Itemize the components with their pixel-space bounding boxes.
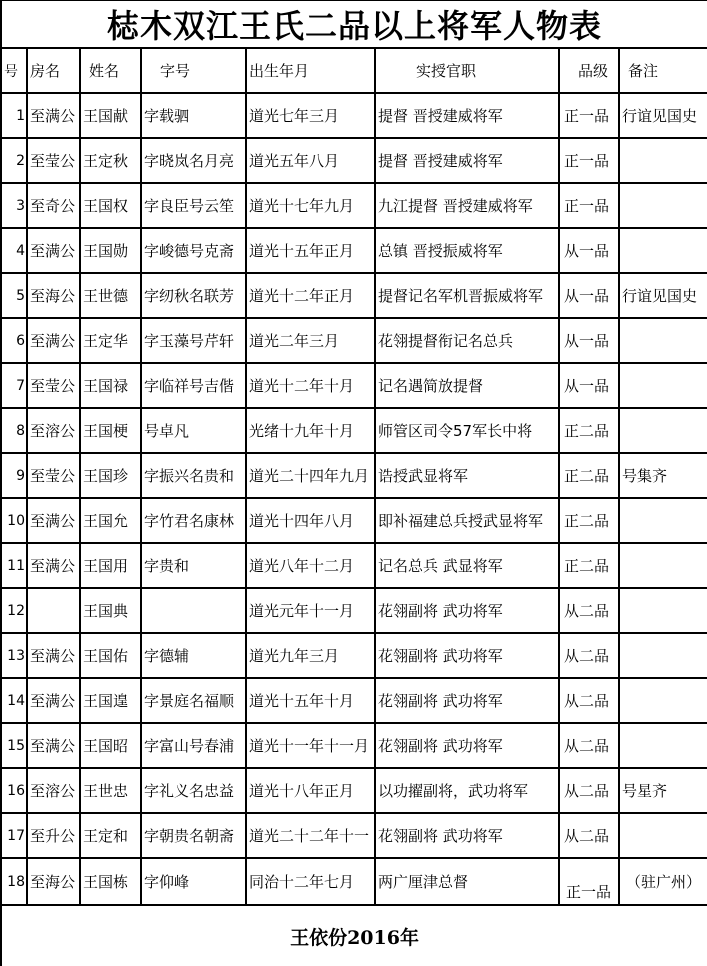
cell-index-text: 3 [16,198,25,214]
cell-style-name[interactable]: 字良臣号云笙 [141,183,246,228]
cell-house[interactable]: 至莹公 [27,453,80,498]
cell-style-name[interactable]: 字仰峰 [141,858,246,905]
cell-name-text: 王国禄 [83,377,128,395]
cell-post[interactable]: 提督 晋授建威将军 [375,93,559,138]
cell-name-text: 王国佑 [83,647,128,665]
cell-house-text: 至满公 [30,647,75,665]
cell-post[interactable]: 即补福建总兵授武显将军 [375,498,559,543]
cell-rank[interactable]: 正二品 [559,408,619,453]
cell-note[interactable]: 行谊见国史 [619,93,707,138]
cell-style-name-text: 字竹君名康林 [144,512,234,530]
cell-style-name[interactable]: 字竹君名康林 [141,498,246,543]
cell-rank-text: 正一品 [566,883,611,901]
cell-post[interactable]: 花翎提督衔记名总兵 [375,318,559,363]
cell-index-text: 11 [7,558,25,574]
cell-birth-text: 道光二十二年十一 [249,827,369,845]
cell-name[interactable]: 王国栋 [80,858,141,905]
table-row: 7至莹公王国禄字临祥号吉偕道光十二年十月记名遇简放提督从一品 [1,363,707,408]
cell-style-name[interactable]: 字临祥号吉偕 [141,363,246,408]
cell-house[interactable]: 至海公 [27,858,80,905]
cell-rank-text: 正二品 [564,557,609,575]
cell-index-text: 18 [7,874,25,890]
cell-post[interactable]: 诰授武显将军 [375,453,559,498]
cell-rank[interactable]: 正一品 [559,858,619,905]
cell-index-text: 8 [16,423,25,439]
cell-post[interactable]: 总镇 晋授振威将军 [375,228,559,273]
cell-rank[interactable]: 从一品 [559,228,619,273]
cell-rank-text: 从一品 [564,377,609,395]
cell-house-text: 至海公 [30,873,75,891]
cell-house-text: 至满公 [30,692,75,710]
cell-house-text: 至莹公 [30,377,75,395]
cell-style-name[interactable]: 字纫秋名联芳 [141,273,246,318]
table-row: 3至奇公王国权字良臣号云笙道光十七年九月九江提督 晋授建威将军正一品 [1,183,707,228]
cell-house[interactable]: 至溶公 [27,408,80,453]
cell-name-text: 王世德 [83,287,128,305]
cell-birth[interactable]: 道光二十二年十一 [246,813,375,858]
cell-style-name[interactable]: 字晓岚名月亮 [141,138,246,183]
cell-post-text: 即补福建总兵授武显将军 [378,512,543,530]
cell-index-text: 13 [7,648,25,664]
cell-post-text: 花翎副将 武功将军 [378,602,503,620]
cell-rank-text: 从二品 [564,602,609,620]
cell-post-text: 提督 晋授建威将军 [378,152,503,170]
cell-note[interactable]: 号星齐 [619,768,707,813]
cell-style-name[interactable]: 字贵和 [141,543,246,588]
cell-post-text: 花翎副将 武功将军 [378,827,503,845]
table-row: 5至海公王世德字纫秋名联芳道光十二年正月提督记名军机晋振威将军从一品行谊见国史 [1,273,707,318]
cell-style-name-text: 字振兴名贵和 [144,467,234,485]
cell-rank-text: 正一品 [564,152,609,170]
cell-rank-text: 从一品 [564,287,609,305]
cell-post[interactable]: 师管区司令57军长中将 [375,408,559,453]
cell-note-text: 行谊见国史 [622,287,697,305]
table-row: 13至满公王国佑字德辅道光九年三月花翎副将 武功将军从二品 [1,633,707,678]
cell-birth[interactable]: 同治十二年七月 [246,858,375,905]
cell-name[interactable]: 王国梗 [80,408,141,453]
table-row: 15至满公王国昭字富山号春浦道光十一年十一月花翎副将 武功将军从二品 [1,723,707,768]
cell-rank-text: 从一品 [564,242,609,260]
cell-rank[interactable]: 从一品 [559,273,619,318]
cell-house-text: 至满公 [30,737,75,755]
table-title: 梽木双江王氏二品以上将军人物表 [1,1,707,49]
cell-name[interactable]: 王世德 [80,273,141,318]
table-row: 11至满公王国用字贵和道光八年十二月记名总兵 武显将军正二品 [1,543,707,588]
cell-post[interactable]: 以功擢副将，武功将军 [375,768,559,813]
cell-index[interactable]: 9 [1,453,27,498]
cell-name-text: 王定秋 [83,152,128,170]
table-row: 12王国典道光元年十一月花翎副将 武功将军从二品 [1,588,707,633]
cell-index-text: 2 [16,153,25,169]
cell-name-text: 王世忠 [83,782,128,800]
cell-index[interactable]: 7 [1,363,27,408]
cell-style-name-text: 字晓岚名月亮 [144,152,234,170]
cell-name-text: 王国栋 [83,873,128,891]
cell-note[interactable] [619,633,707,678]
cell-rank[interactable]: 正二品 [559,453,619,498]
cell-note[interactable] [619,678,707,723]
cell-style-name-text: 字临祥号吉偕 [144,377,234,395]
cell-style-name-text: 字景庭名福顺 [144,692,234,710]
cell-house-text: 至满公 [30,512,75,530]
cell-name[interactable]: 王世忠 [80,768,141,813]
cell-index[interactable]: 15 [1,723,27,768]
cell-house[interactable]: 至满公 [27,678,80,723]
cell-post-text: 诰授武显将军 [378,467,468,485]
generals-table: 梽木双江王氏二品以上将军人物表 号 房名 姓名 字号 出生年月 实授官职 品级 … [0,0,707,966]
footer-author: 王依份2016年 [1,905,707,966]
cell-index[interactable]: 10 [1,498,27,543]
cell-birth-text: 道光十五年正月 [249,242,354,260]
cell-rank[interactable]: 从一品 [559,363,619,408]
cell-style-name[interactable]: 字德辅 [141,633,246,678]
cell-house[interactable]: 至溶公 [27,768,80,813]
cell-rank-text: 正一品 [564,197,609,215]
cell-name[interactable]: 王国允 [80,498,141,543]
cell-house[interactable]: 至满公 [27,93,80,138]
cell-house[interactable]: 至满公 [27,543,80,588]
cell-birth[interactable]: 道光八年十二月 [246,543,375,588]
cell-birth-text: 道光十八年正月 [249,782,354,800]
cell-post-text: 提督记名军机晋振威将军 [378,287,543,305]
cell-post[interactable]: 花翎副将 武功将军 [375,588,559,633]
cell-house-text: 至满公 [30,332,75,350]
table-row: 8至溶公王国梗号卓凡光绪十九年十月师管区司令57军长中将正二品 [1,408,707,453]
cell-post-text: 记名遇简放提督 [378,377,483,395]
cell-post[interactable]: 花翎副将 武功将军 [375,678,559,723]
cell-rank-text: 从二品 [564,692,609,710]
cell-birth-text: 道光元年十一月 [249,602,354,620]
table-row: 6至满公王定华字玉藻号芹轩道光二年三月花翎提督衔记名总兵从一品 [1,318,707,363]
cell-rank-text: 正一品 [564,107,609,125]
cell-name[interactable]: 王国用 [80,543,141,588]
cell-index-text: 6 [16,333,25,349]
cell-post-text: 师管区司令57军长中将 [378,422,532,440]
cell-note-text: （驻广州） [626,873,701,891]
cell-house[interactable]: 至满公 [27,228,80,273]
cell-index[interactable]: 6 [1,318,27,363]
cell-index[interactable]: 14 [1,678,27,723]
cell-name[interactable]: 王定和 [80,813,141,858]
cell-house[interactable]: 至满公 [27,498,80,543]
header-name: 姓名 [80,48,141,93]
header-rank: 品级 [559,48,619,93]
cell-name[interactable]: 王国珍 [80,453,141,498]
cell-birth-text: 道光八年十二月 [249,557,354,575]
cell-post-text: 以功擢副将，武功将军 [378,782,528,800]
cell-rank-text: 正二品 [564,422,609,440]
cell-index[interactable]: 3 [1,183,27,228]
cell-index[interactable]: 13 [1,633,27,678]
cell-birth-text: 道光五年八月 [249,152,339,170]
cell-style-name-text: 号卓凡 [144,422,189,440]
cell-index[interactable]: 2 [1,138,27,183]
cell-birth[interactable]: 道光七年三月 [246,93,375,138]
header-post: 实授官职 [375,48,559,93]
cell-note[interactable]: （驻广州） [619,858,707,905]
cell-post-text: 花翎副将 武功将军 [378,647,503,665]
cell-name-text: 王国权 [83,197,128,215]
cell-rank-text: 从二品 [564,737,609,755]
table-row: 18至海公王国栋字仰峰同治十二年七月两广厘津总督正一品（驻广州） [1,858,707,905]
table-row: 14至满公王国遑字景庭名福顺道光十五年十月花翎副将 武功将军从二品 [1,678,707,723]
cell-birth[interactable]: 道光元年十一月 [246,588,375,633]
cell-style-name-text: 字富山号春浦 [144,737,234,755]
cell-rank[interactable]: 从二品 [559,813,619,858]
cell-style-name[interactable]: 字振兴名贵和 [141,453,246,498]
cell-birth-text: 道光九年三月 [249,647,339,665]
cell-post-text: 花翎副将 武功将军 [378,737,503,755]
cell-note[interactable] [619,723,707,768]
cell-style-name[interactable]: 号卓凡 [141,408,246,453]
cell-index[interactable]: 8 [1,408,27,453]
cell-name[interactable]: 王定华 [80,318,141,363]
cell-house[interactable]: 至满公 [27,723,80,768]
cell-style-name[interactable]: 字载驷 [141,93,246,138]
cell-birth[interactable]: 道光十二年正月 [246,273,375,318]
cell-house[interactable]: 至升公 [27,813,80,858]
cell-note[interactable] [619,318,707,363]
cell-birth-text: 道光二十四年九月 [249,467,369,485]
cell-post[interactable]: 花翎副将 武功将军 [375,813,559,858]
cell-house-text: 至满公 [30,242,75,260]
cell-house[interactable]: 至满公 [27,318,80,363]
cell-name-text: 王国遑 [83,692,128,710]
cell-name[interactable]: 王国献 [80,93,141,138]
cell-note-text: 号集齐 [622,467,667,485]
spreadsheet: 梽木双江王氏二品以上将军人物表 号 房名 姓名 字号 出生年月 实授官职 品级 … [0,0,707,966]
cell-index[interactable]: 4 [1,228,27,273]
cell-note[interactable] [619,228,707,273]
cell-note-text: 行谊见国史 [622,107,697,125]
cell-style-name[interactable] [141,588,246,633]
cell-birth-text: 光绪十九年十月 [249,422,354,440]
cell-rank-text: 从二品 [564,647,609,665]
cell-birth-text: 同治十二年七月 [249,873,354,891]
cell-house[interactable]: 至莹公 [27,363,80,408]
cell-style-name-text: 字良臣号云笙 [144,197,234,215]
cell-name-text: 王国梗 [83,422,128,440]
cell-style-name-text: 字玉藻号芹轩 [144,332,234,350]
cell-name-text: 王国典 [83,602,128,620]
cell-post-text: 两广厘津总督 [378,873,468,891]
cell-rank[interactable]: 正一品 [559,183,619,228]
cell-index-text: 5 [16,288,25,304]
cell-house[interactable]: 至奇公 [27,183,80,228]
cell-post-text: 提督 晋授建威将军 [378,107,503,125]
cell-style-name[interactable]: 字峻德号克斋 [141,228,246,273]
cell-note[interactable] [619,813,707,858]
header-style-name: 字号 [141,48,246,93]
cell-post-text: 花翎提督衔记名总兵 [378,332,513,350]
table-row: 10至满公王国允字竹君名康林道光十四年八月即补福建总兵授武显将军正二品 [1,498,707,543]
cell-style-name-text: 字礼义名忠益 [144,782,234,800]
cell-note[interactable]: 号集齐 [619,453,707,498]
cell-birth[interactable]: 道光十五年正月 [246,228,375,273]
cell-name[interactable]: 王国昭 [80,723,141,768]
cell-index-text: 4 [16,243,25,259]
cell-name[interactable]: 王国佑 [80,633,141,678]
cell-name-text: 王国珍 [83,467,128,485]
cell-house[interactable] [27,588,80,633]
cell-post-text: 总镇 晋授振威将军 [378,242,503,260]
cell-rank[interactable]: 从二品 [559,633,619,678]
cell-house[interactable]: 至海公 [27,273,80,318]
cell-rank[interactable]: 正二品 [559,498,619,543]
cell-index[interactable]: 17 [1,813,27,858]
cell-index-text: 7 [16,378,25,394]
cell-birth[interactable]: 道光十二年十月 [246,363,375,408]
cell-style-name[interactable]: 字朝贵名朝斋 [141,813,246,858]
header-index: 号 [1,48,27,93]
cell-style-name-text: 字峻德号克斋 [144,242,234,260]
cell-post[interactable]: 两广厘津总督 [375,858,559,905]
table-row: 2至莹公王定秋字晓岚名月亮道光五年八月提督 晋授建威将军正一品 [1,138,707,183]
cell-index-text: 15 [7,738,25,754]
cell-house-text: 至海公 [30,287,75,305]
cell-birth-text: 道光十七年九月 [249,197,354,215]
cell-note[interactable] [619,498,707,543]
cell-name-text: 王定和 [83,827,128,845]
cell-style-name-text: 字朝贵名朝斋 [144,827,234,845]
cell-birth[interactable]: 道光十四年八月 [246,498,375,543]
cell-rank[interactable]: 从二品 [559,768,619,813]
cell-note[interactable] [619,138,707,183]
cell-note[interactable] [619,543,707,588]
cell-name[interactable]: 王国勋 [80,228,141,273]
cell-post[interactable]: 九江提督 晋授建威将军 [375,183,559,228]
cell-name-text: 王国用 [83,557,128,575]
cell-note[interactable] [619,183,707,228]
cell-rank[interactable]: 正一品 [559,93,619,138]
cell-birth-text: 道光二年三月 [249,332,339,350]
cell-house[interactable]: 至莹公 [27,138,80,183]
cell-index[interactable]: 12 [1,588,27,633]
cell-name-text: 王国允 [83,512,128,530]
cell-birth-text: 道光十五年十月 [249,692,354,710]
cell-index[interactable]: 16 [1,768,27,813]
cell-index-text: 16 [7,783,25,799]
cell-house-text: 至莹公 [30,152,75,170]
table-row: 16至溶公王世忠字礼义名忠益道光十八年正月以功擢副将，武功将军从二品号星齐 [1,768,707,813]
cell-index[interactable]: 18 [1,858,27,905]
cell-birth[interactable]: 道光十五年十月 [246,678,375,723]
cell-birth[interactable]: 道光二十四年九月 [246,453,375,498]
cell-birth-text: 道光十四年八月 [249,512,354,530]
cell-post[interactable]: 花翎副将 武功将军 [375,633,559,678]
table-row: 9至莹公王国珍字振兴名贵和道光二十四年九月诰授武显将军正二品号集齐 [1,453,707,498]
cell-birth-text: 道光七年三月 [249,107,339,125]
cell-name[interactable]: 王国权 [80,183,141,228]
cell-birth-text: 道光十一年十一月 [249,737,369,755]
cell-post[interactable]: 记名遇简放提督 [375,363,559,408]
cell-index-text: 17 [7,828,25,844]
cell-style-name[interactable]: 字礼义名忠益 [141,768,246,813]
cell-style-name-text: 字仰峰 [144,873,189,891]
cell-index-text: 14 [7,693,25,709]
cell-post-text: 记名总兵 武显将军 [378,557,503,575]
cell-style-name-text: 字纫秋名联芳 [144,287,234,305]
cell-house-text: 至满公 [30,557,75,575]
cell-birth[interactable]: 道光二年三月 [246,318,375,363]
cell-rank-text: 从二品 [564,827,609,845]
cell-style-name-text: 字载驷 [144,107,189,125]
cell-post[interactable]: 提督记名军机晋振威将军 [375,273,559,318]
cell-birth[interactable]: 道光十一年十一月 [246,723,375,768]
cell-birth[interactable]: 道光九年三月 [246,633,375,678]
cell-birth[interactable]: 道光五年八月 [246,138,375,183]
cell-name-text: 王国献 [83,107,128,125]
header-note: 备注 [619,48,707,93]
cell-index[interactable]: 1 [1,93,27,138]
cell-note[interactable] [619,363,707,408]
cell-name-text: 王国昭 [83,737,128,755]
cell-name[interactable]: 王定秋 [80,138,141,183]
cell-note[interactable] [619,408,707,453]
cell-style-name-text: 字贵和 [144,557,189,575]
cell-index-text: 9 [16,468,25,484]
cell-birth[interactable]: 道光十八年正月 [246,768,375,813]
cell-rank[interactable]: 从二品 [559,678,619,723]
cell-rank[interactable]: 从一品 [559,318,619,363]
cell-birth[interactable]: 光绪十九年十月 [246,408,375,453]
cell-name-text: 王定华 [83,332,128,350]
cell-note-text: 号星齐 [622,782,667,800]
cell-style-name[interactable]: 字富山号春浦 [141,723,246,768]
header-birth: 出生年月 [246,48,375,93]
cell-rank[interactable]: 从二品 [559,723,619,768]
cell-rank-text: 正二品 [564,512,609,530]
table-row: 17至升公王定和字朝贵名朝斋道光二十二年十一花翎副将 武功将军从二品 [1,813,707,858]
table-row: 1至满公王国献字载驷道光七年三月提督 晋授建威将军正一品行谊见国史 [1,93,707,138]
cell-style-name[interactable]: 字景庭名福顺 [141,678,246,723]
cell-house-text: 至溶公 [30,782,75,800]
cell-post-text: 九江提督 晋授建威将军 [378,197,533,215]
cell-note[interactable]: 行谊见国史 [619,273,707,318]
cell-house-text: 至满公 [30,107,75,125]
cell-rank[interactable]: 正二品 [559,543,619,588]
cell-rank[interactable]: 正一品 [559,138,619,183]
cell-style-name[interactable]: 字玉藻号芹轩 [141,318,246,363]
cell-name[interactable]: 王国遑 [80,678,141,723]
cell-post[interactable]: 提督 晋授建威将军 [375,138,559,183]
cell-house[interactable]: 至满公 [27,633,80,678]
cell-house-text: 至莹公 [30,467,75,485]
cell-rank-text: 从二品 [564,782,609,800]
cell-post[interactable]: 记名总兵 武显将军 [375,543,559,588]
cell-house-text: 至溶公 [30,422,75,440]
cell-house-text: 至升公 [30,827,75,845]
cell-name[interactable]: 王国禄 [80,363,141,408]
cell-index[interactable]: 11 [1,543,27,588]
cell-name[interactable]: 王国典 [80,588,141,633]
cell-index-text: 10 [7,513,25,529]
cell-index-text: 12 [7,603,25,619]
cell-index[interactable]: 5 [1,273,27,318]
cell-house-text: 至奇公 [30,197,75,215]
cell-rank[interactable]: 从二品 [559,588,619,633]
cell-birth[interactable]: 道光十七年九月 [246,183,375,228]
cell-post-text: 花翎副将 武功将军 [378,692,503,710]
cell-birth-text: 道光十二年十月 [249,377,354,395]
cell-rank-text: 从一品 [564,332,609,350]
cell-post[interactable]: 花翎副将 武功将军 [375,723,559,768]
cell-note[interactable] [619,588,707,633]
cell-birth-text: 道光十二年正月 [249,287,354,305]
header-row: 号 房名 姓名 字号 出生年月 实授官职 品级 备注 [1,48,707,93]
cell-rank-text: 正二品 [564,467,609,485]
cell-index-text: 1 [16,108,25,124]
